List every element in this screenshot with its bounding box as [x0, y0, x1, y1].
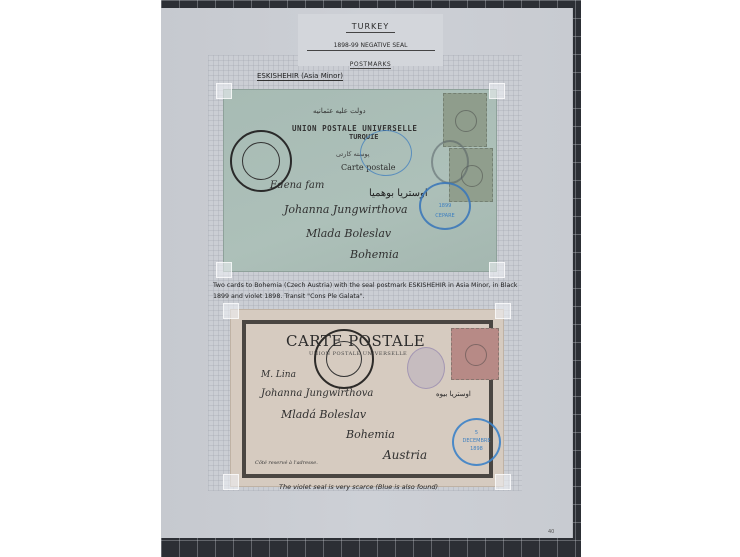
description-text: Two cards to Bohemia (Czech Austria) wit…	[213, 280, 523, 302]
page-subtitle: 1898-99 NEGATIVE SEAL	[307, 42, 435, 51]
address-line-2: Johanna Jungwirthova	[284, 203, 408, 216]
photo-corner	[489, 262, 505, 278]
section-heading: ESKISHEHIR (Asia Minor)	[257, 72, 343, 81]
photo-corner	[216, 262, 232, 278]
address-line-1: M. Lina	[261, 370, 296, 380]
photo-corner	[223, 474, 239, 490]
seal-postmark-blue-faint	[360, 130, 412, 176]
postcard-top: دولت عليه عثمانيه UNION POSTALE UNIVERSE…	[224, 90, 496, 271]
address-line-4: Bohemia	[350, 248, 399, 261]
page-subtitle-2: POSTMARKS	[350, 61, 392, 69]
page-title: TURKEY	[346, 22, 396, 33]
photo-corner	[223, 303, 239, 319]
album-page: TURKEY 1898-99 NEGATIVE SEAL POSTMARKS E…	[161, 8, 572, 538]
seal-postmark-black	[431, 140, 469, 184]
page-title-box: TURKEY 1898-99 NEGATIVE SEAL POSTMARKS	[298, 14, 443, 66]
postmark-transit-black	[314, 329, 374, 389]
address-line-2: Johanna Jungwirthova	[261, 388, 373, 399]
stamp-green-1	[443, 93, 487, 147]
address-line-4: Bohemia	[346, 428, 395, 441]
postmark-transit-black	[230, 130, 292, 192]
card-side-note: Côté reservé à l'adresse.	[255, 460, 318, 466]
photo-corner	[216, 83, 232, 99]
address-line-5: Austria	[383, 448, 427, 462]
tughra-rosette-icon	[455, 110, 477, 132]
seal-postmark-violet	[407, 347, 445, 389]
tughra-rosette-icon	[465, 344, 487, 366]
photo-corner	[495, 303, 511, 319]
postmark-receiving-blue: 1899 CEPARE	[419, 182, 471, 230]
card-arabic-header: دولت عليه عثمانيه	[313, 107, 366, 115]
page-number: 40	[548, 529, 554, 535]
photo-corner	[489, 83, 505, 99]
arabic-address: اوستريا بوهميا	[369, 188, 428, 199]
card-header: UNION POSTALE UNIVERSELLE	[292, 124, 417, 133]
address-line-3: Mladá Boleslav	[281, 408, 366, 421]
photo-corner	[495, 474, 511, 490]
stamp-red	[451, 328, 499, 380]
footnote-text: The violet seal is very scarce (Blue is …	[279, 483, 438, 491]
arabic-address: اوستريا بيوه	[436, 390, 471, 398]
postcard-bottom: CARTE POSTALE UNION POSTALE UNIVERSELLE …	[231, 310, 503, 486]
postmark-receiving-blue: 5 DECEMBRE 1898	[452, 418, 501, 466]
address-line-3: Mlada Boleslav	[306, 227, 391, 240]
